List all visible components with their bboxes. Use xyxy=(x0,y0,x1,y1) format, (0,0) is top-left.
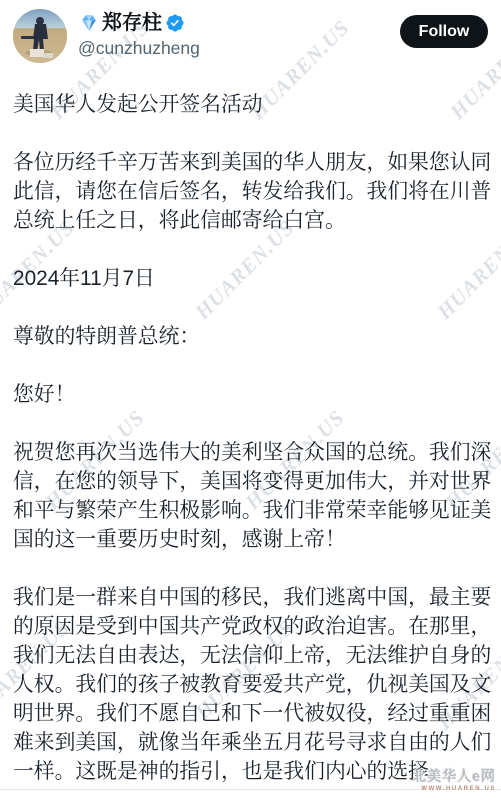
tweet-paragraph: 祝贺您再次当选伟大的美利坚合众国的总统。我们深 信，在您的领导下，美国将变得更加… xyxy=(13,438,498,554)
tweet-header: 郑存柱 @cunzhuzheng Follow xyxy=(13,9,488,63)
tweet-paragraph: 我们是一群来自中国的移民，我们逃离中国，最主要 的原因是受到中国共产党政权的政治… xyxy=(13,583,498,786)
avatar-photo xyxy=(13,9,67,63)
verified-badge-icon xyxy=(165,13,185,33)
tweet-title: 美国华人发起公开签名活动 xyxy=(13,90,498,119)
gem-emoji-icon xyxy=(78,12,100,34)
tweet-card: HUAREN.USHUAREN.USHUAREN.USHUAREN.USHUAR… xyxy=(0,0,501,800)
name-row: 郑存柱 xyxy=(78,11,200,35)
tweet-paragraph: 您好！ xyxy=(13,380,498,409)
tweet-paragraph: 尊敬的特朗普总统： xyxy=(13,322,498,351)
tweet-date-line: 2024年11月7日 xyxy=(13,264,498,293)
avatar[interactable] xyxy=(13,9,67,63)
identity-block[interactable]: 郑存柱 @cunzhuzheng xyxy=(78,9,200,63)
display-name: 郑存柱 xyxy=(102,11,162,35)
tweet-body: 美国华人发起公开签名活动 各位历经千辛万苦来到美国的华人朋友，如果您认同 此信，… xyxy=(13,90,498,786)
site-logo-url: WWW.HUAREN.US xyxy=(412,786,496,793)
tweet-paragraph: 各位历经千辛万苦来到美国的华人朋友，如果您认同 此信，请您在信后签名，转发给我们… xyxy=(13,148,498,235)
site-logo-name: 北美华人e网 xyxy=(412,768,496,784)
user-handle[interactable]: @cunzhuzheng xyxy=(78,38,200,59)
follow-button[interactable]: Follow xyxy=(400,15,488,48)
site-logo: 北美华人e网 WWW.HUAREN.US xyxy=(412,768,496,793)
